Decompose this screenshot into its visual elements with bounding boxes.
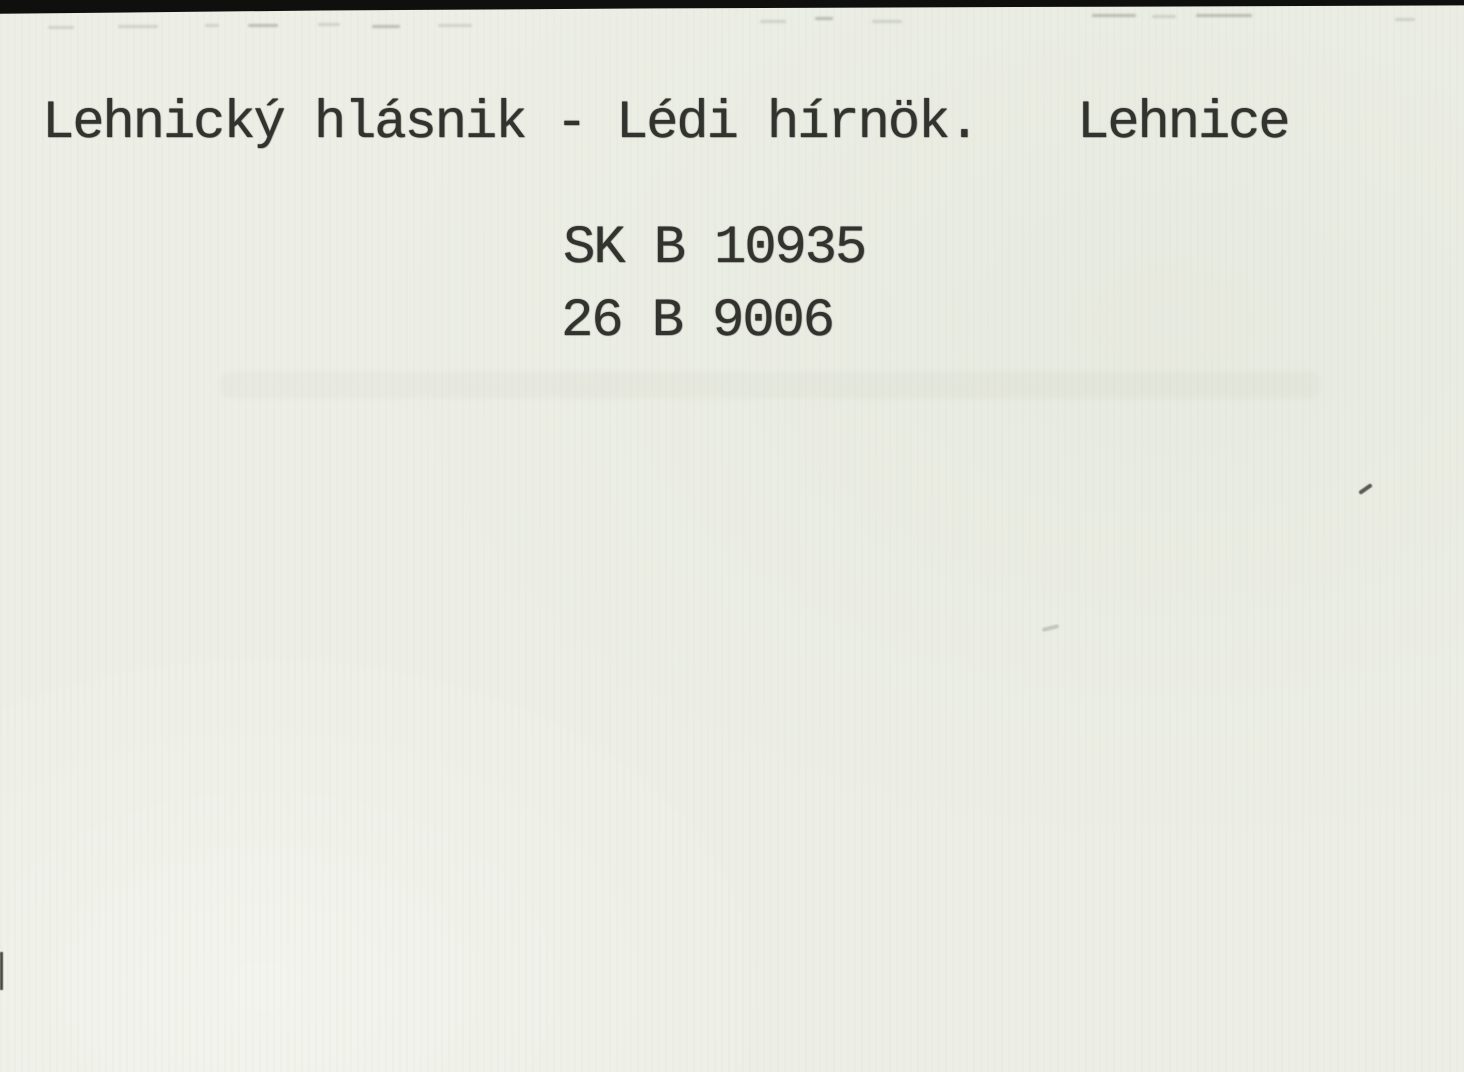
scan-smudge: [760, 20, 786, 23]
left-edge-scan-tick: [0, 952, 3, 990]
ghost-text-band: [220, 372, 1320, 398]
call-number-secondary: 26 B 9006: [561, 295, 833, 349]
scan-smudge: [372, 25, 400, 28]
scan-edge-bar: [0, 0, 1464, 15]
scan-smudge: [872, 20, 902, 23]
scan-smudge: [318, 23, 340, 26]
scanned-catalog-card: { "card": { "heading": { "title": "Lehni…: [0, 0, 1464, 1072]
scan-smudge: [1196, 14, 1252, 17]
call-number-primary: SK B 10935: [563, 222, 865, 276]
scan-smudge: [118, 25, 158, 28]
ink-speck-faint: [1042, 624, 1059, 632]
card-place-name: Lehnice: [1077, 97, 1288, 151]
scan-smudge: [205, 24, 219, 27]
scan-smudge: [248, 24, 278, 27]
scan-smudge: [1395, 18, 1415, 21]
scan-smudge: [815, 17, 833, 20]
scan-smudge: [1152, 15, 1176, 18]
scan-smudge: [1092, 14, 1136, 17]
scan-smudge: [48, 26, 74, 29]
ink-speck-slash: [1358, 483, 1373, 495]
card-title: Lehnický hlásnik - Lédi hírnök.: [42, 97, 978, 151]
scan-smudge: [438, 24, 472, 27]
